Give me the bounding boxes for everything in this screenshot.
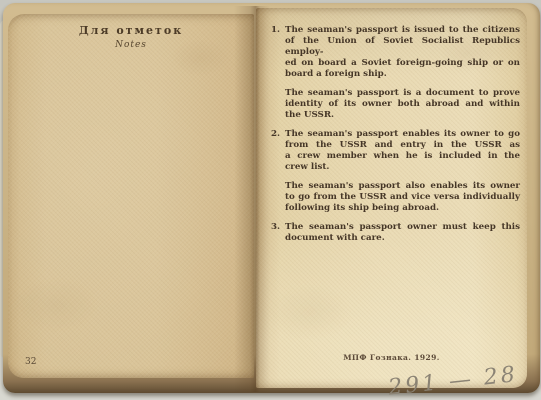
text-line: ed on board a Soviet foreign-going ship … [285,58,520,69]
printer-imprint: МПФ Гознака. 1929. [256,353,527,362]
right-page: 1.The seaman's passport is issued to the… [256,8,527,388]
rule-paragraph: The seaman's passport is a document to p… [285,88,520,121]
left-page: Для отметок Notes 32 [8,14,254,378]
rule-paragraph: The seaman's passport is issued to the c… [285,25,520,80]
rule-paragraph: The seaman's passport also enables its o… [285,181,520,214]
notes-title-russian: Для отметок [8,24,254,37]
notes-header: Для отметок Notes [8,24,254,50]
text-line: document with care. [285,233,520,244]
text-line: following its ship being abroad. [285,203,520,214]
text-line: The seaman's passport also enables its o… [285,181,520,192]
rule-number: 3. [271,222,285,252]
rule-paragraphs: The seaman's passport is issued to the c… [285,25,520,129]
rule-number: 1. [271,25,285,129]
text-line: from the USSR and entry in the USSR as [285,140,520,151]
text-line: The seaman's passport enables its owner … [285,129,520,140]
rule-item: 3.The seaman's passport owner must keep … [271,222,520,252]
text-line: of the Union of Soviet Socialist Republi… [285,36,520,58]
text-line: The seaman's passport is issued to the c… [285,25,520,36]
text-line: crew list. [285,162,520,173]
text-line: board a foreign ship. [285,69,520,80]
text-line: the USSR. [285,110,520,121]
rule-paragraph: The seaman's passport enables its owner … [285,129,520,173]
rule-paragraphs: The seaman's passport enables its owner … [285,129,520,222]
notes-title-english: Notes [8,40,254,50]
rule-number: 2. [271,129,285,222]
text-line: The seaman's passport owner must keep th… [285,222,520,233]
rule-item: 2.The seaman's passport enables its owne… [271,129,520,222]
text-line: The seaman's passport is a document to p… [285,88,520,99]
text-line: identity of its owner both abroad and wi… [285,99,520,110]
text-line: a crew member when he is included in the [285,151,520,162]
rule-item: 1.The seaman's passport is issued to the… [271,25,520,129]
text-line: to go from the USSR and vice versa indiv… [285,192,520,203]
rule-paragraph: The seaman's passport owner must keep th… [285,222,520,244]
handwritten-number: 291 — 28 [387,362,519,400]
rule-paragraphs: The seaman's passport owner must keep th… [285,222,520,252]
passport-rules-list: 1.The seaman's passport is issued to the… [271,25,520,252]
page-number: 32 [25,357,36,367]
